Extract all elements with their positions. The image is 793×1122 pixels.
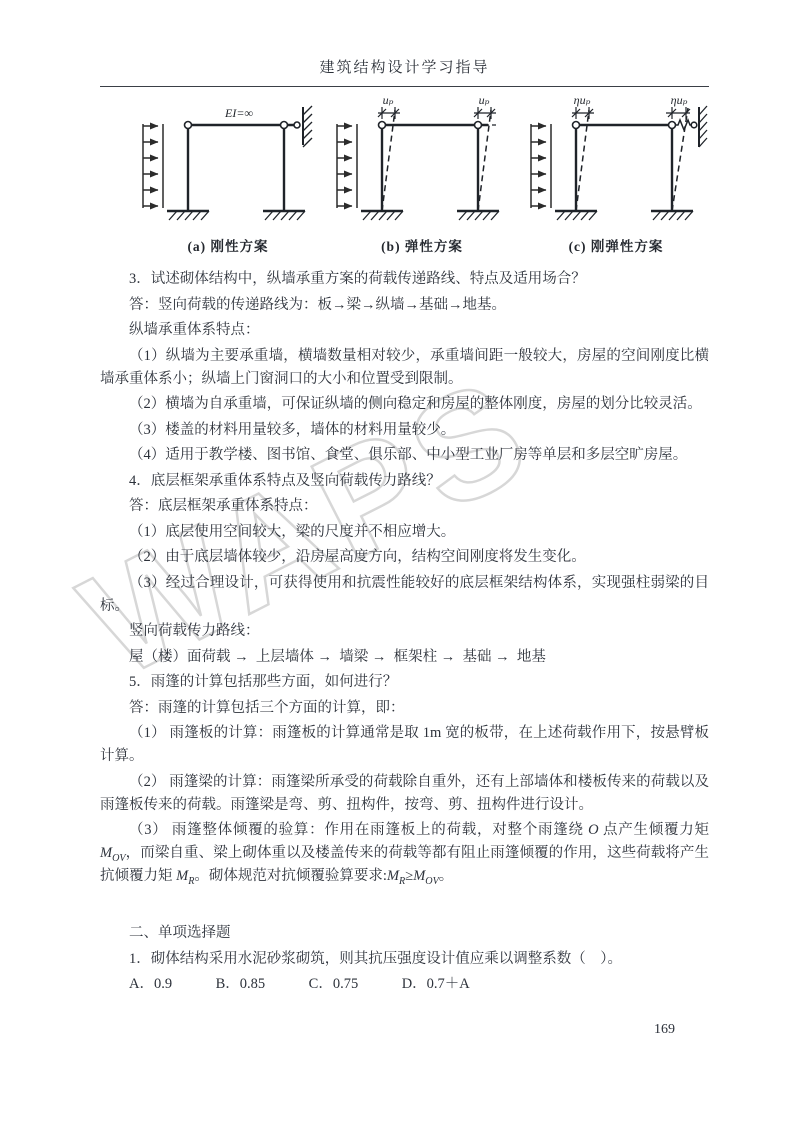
distributed-load-arrows <box>337 124 357 208</box>
rigid-scheme-diagram: EI=∞ <box>136 95 320 233</box>
fixed-supports <box>555 211 693 220</box>
figure-c-caption: (c) 刚弹性方案 <box>524 235 708 255</box>
beam-stiffness-label: EI=∞ <box>224 106 253 120</box>
question-4: 4．底层框架承重体系特点及竖向荷载传力路线？ <box>100 470 709 493</box>
answer-5-item-3: （3） 雨篷整体倾覆的验算：作用在雨篷板上的荷载，对整个雨篷绕 O 点产生倾覆力… <box>100 819 709 888</box>
mc-question-1: 1．砌体结构采用水泥砂浆砌筑，则其抗压强度设计值应乘以调整系数（ ）。 <box>100 948 709 971</box>
figure-rigid-scheme: EI=∞ (a) 刚性方案 <box>136 95 320 255</box>
distributed-load-arrows <box>143 124 163 208</box>
displacement-dimension-left <box>378 107 400 119</box>
answer-3-item-3: （3）楼盖的材料用量较多，墙体的材料用量较少。 <box>100 419 709 442</box>
elastic-scheme-diagram: uₚ uₚ <box>330 95 514 233</box>
displacement-label-left: ηuₚ <box>574 95 591 107</box>
question-5: 5．雨篷的计算包括那些方面，如何进行？ <box>100 671 709 694</box>
answer-5-heading: 答：雨篷的计算包括三个方面的计算，即： <box>100 697 709 720</box>
page-content: 建筑结构设计学习指导 <box>0 0 793 1038</box>
section-2-title: 二、单项选择题 <box>100 922 709 945</box>
frame-members <box>188 125 297 211</box>
wall-hatch <box>303 106 312 147</box>
distributed-load-arrows <box>531 124 551 208</box>
scanned-textbook-page: { "page": { "header_title": "建筑结构设计学习指导"… <box>0 0 793 1122</box>
displacement-label-left: uₚ <box>383 95 394 107</box>
figure-a-caption: (a) 刚性方案 <box>136 235 320 255</box>
answer-3-item-1: （1）纵墙为主要承重墙，横墙数量相对较少，承重墙间距一般较大，房屋的空间刚度比横… <box>100 345 709 391</box>
displacement-dimension-right <box>474 107 496 119</box>
answer-3-item-2: （2）横墙为自承重墙，可保证纵墙的侧向稳定和房屋的整体刚度，房屋的划分比较灵活。 <box>100 393 709 416</box>
spring-link <box>675 120 692 130</box>
answer-4-route-heading: 竖向荷载传力路线： <box>100 620 709 643</box>
frame-members <box>576 125 673 211</box>
page-number: 169 <box>100 1022 709 1038</box>
displacement-dimension-right <box>666 107 690 119</box>
displacement-label-right: ηuₚ <box>671 95 688 107</box>
answer-4-item-2: （2）由于底层墙体较少，沿房屋高度方向，结构空间刚度将发生变化。 <box>100 546 709 569</box>
answer-5-item-2: （2） 雨篷梁的计算：雨篷梁所承受的荷载除自重外，还有上部墙体和楼板传来的荷载以… <box>100 771 709 817</box>
figure-row: EI=∞ (a) 刚性方案 <box>136 95 709 255</box>
answer-3-heading: 纵墙承重体系特点： <box>100 319 709 342</box>
header-title: 建筑结构设计学习指导 <box>100 56 709 77</box>
wall-hatch <box>699 106 707 147</box>
answer-5-item-1: （1） 雨篷板的计算：雨篷板的计算通常是取 1m 宽的板带，在上述荷载作用下，按… <box>100 722 709 768</box>
figure-rigid-elastic-scheme: ηuₚ ηuₚ (c) 刚弹性方案 <box>524 95 708 255</box>
figure-elastic-scheme: uₚ uₚ (b) 弹性方案 <box>330 95 514 255</box>
answer-4-item-1: （1）底层使用空间较大，梁的尺度并不相应增大。 <box>100 521 709 544</box>
displacement-label-right: uₚ <box>479 95 490 107</box>
mc-question-1-options: A．0.9 B．0.85 C．0.75 D．0.7＋A <box>100 973 709 996</box>
page-header: 建筑结构设计学习指导 <box>100 0 709 87</box>
frame-members <box>382 125 488 211</box>
question-3: 3．试述砌体结构中，纵墙承重方案的荷载传递路线、特点及适用场合？ <box>100 268 709 291</box>
answer-4-route: 屋（楼）面荷载 → 上层墙体 → 墙梁 → 框架柱 → 基础 → 地基 <box>100 646 709 669</box>
header-rule <box>100 86 709 87</box>
fixed-supports <box>167 211 305 220</box>
displacement-dimension-left <box>572 107 594 119</box>
figure-b-caption: (b) 弹性方案 <box>330 235 514 255</box>
answer-4-heading: 答：底层框架承重体系特点： <box>100 495 709 518</box>
answer-3-route: 答：竖向荷载的传递路线为：板→梁→纵墙→基础→地基。 <box>100 294 709 317</box>
answer-4-item-3: （3）经过合理设计，可获得使用和抗震性能较好的底层框架结构体系，实现强柱弱梁的目… <box>100 572 709 618</box>
answer-3-item-4: （4）适用于教学楼、图书馆、食堂、俱乐部、中小型工业厂房等单层和多层空旷房屋。 <box>100 444 709 467</box>
rigid-elastic-scheme-diagram: ηuₚ ηuₚ <box>524 95 708 233</box>
document-body: 3．试述砌体结构中，纵墙承重方案的荷载传递路线、特点及适用场合？答：竖向荷载的传… <box>100 268 709 996</box>
fixed-supports <box>361 211 499 220</box>
